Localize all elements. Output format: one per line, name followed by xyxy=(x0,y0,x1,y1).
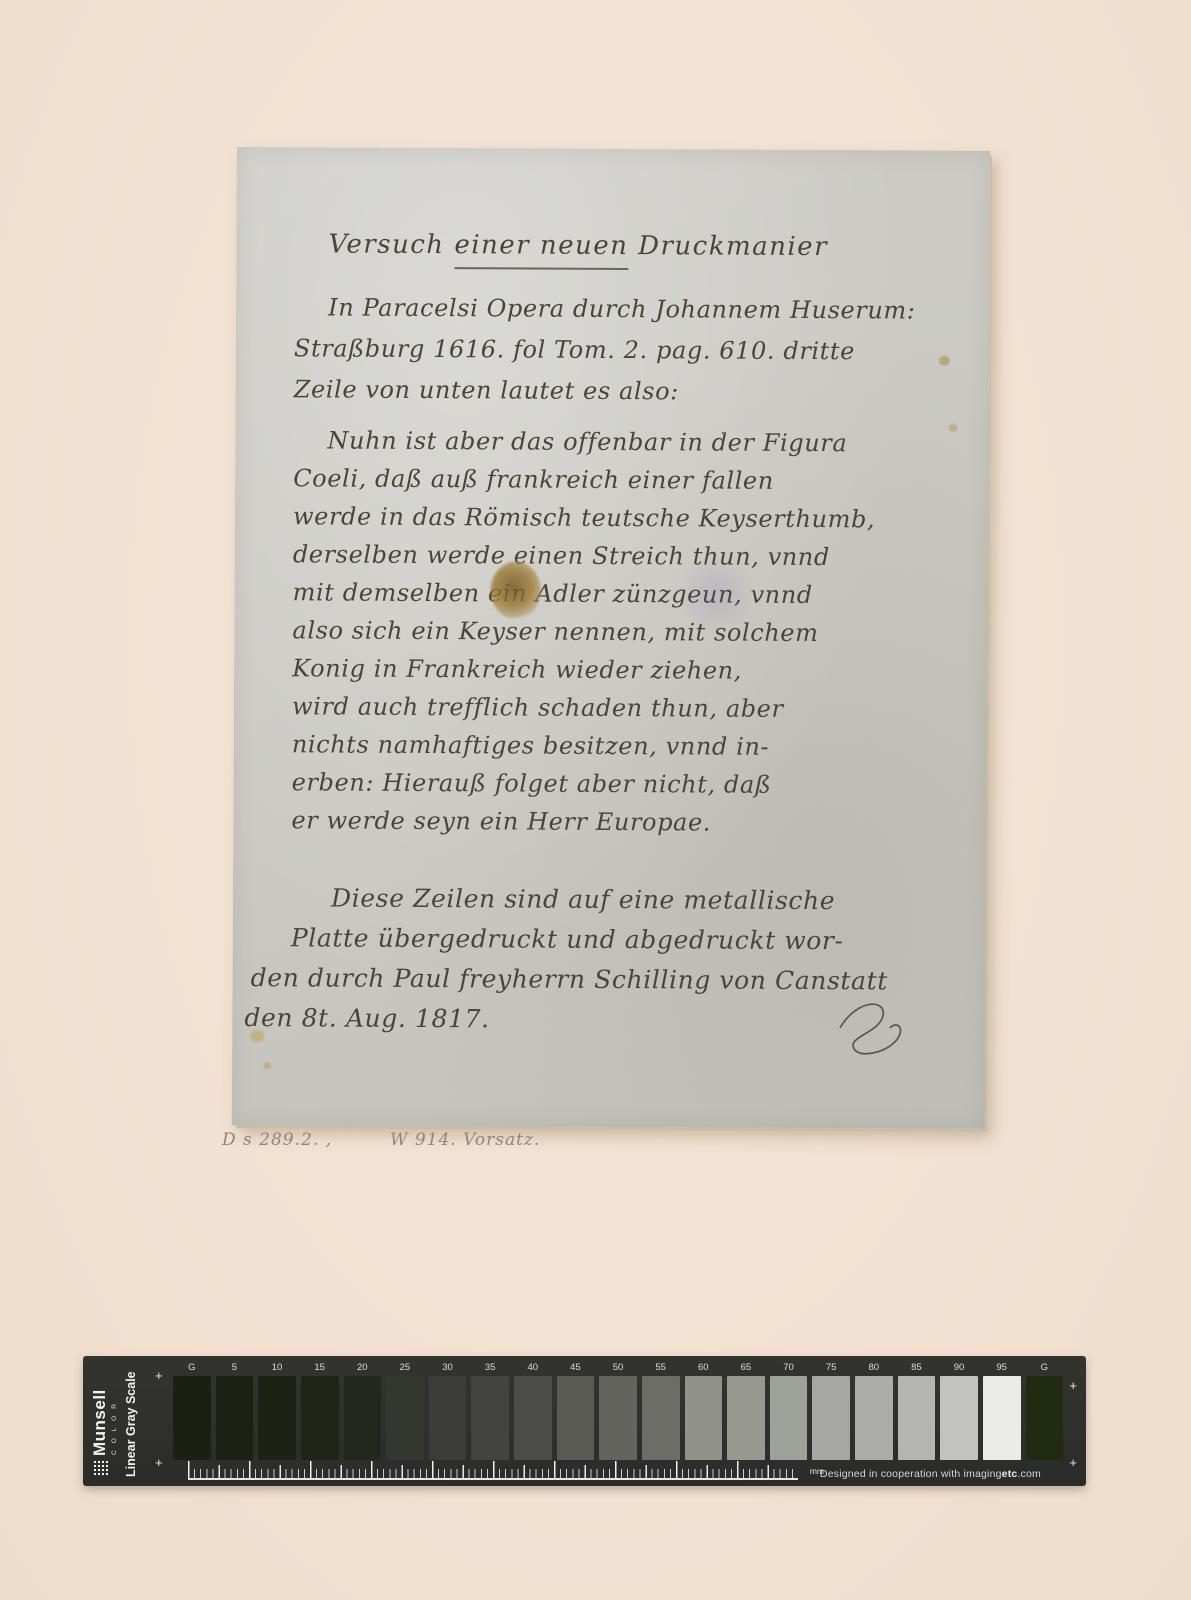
gray-patch-label: 95 xyxy=(983,1362,1021,1376)
gray-patch-swatch xyxy=(216,1376,254,1460)
manuscript-line: Platte übergedruckt und abgedruckt wor- xyxy=(291,918,986,962)
gray-patch: 10 xyxy=(258,1362,296,1460)
manuscript-line: Konig in Frankreich wieder ziehen, xyxy=(292,649,987,691)
gray-patch-label: 35 xyxy=(471,1362,509,1376)
gray-patch: 40 xyxy=(514,1362,552,1460)
gray-patch-swatch xyxy=(258,1376,296,1460)
gray-patch-swatch xyxy=(386,1376,424,1460)
shelfmark-right: W 914. Vorsatz. xyxy=(390,1130,540,1150)
attribution: Designed in cooperation with imagingetc.… xyxy=(820,1468,1041,1480)
gray-patch-swatch xyxy=(642,1376,680,1460)
manuscript-paragraph-quotation: Nuhn ist aber das offenbar in der Figura… xyxy=(233,421,988,843)
gray-patch-swatch xyxy=(770,1376,808,1460)
manuscript-line: werde in das Römisch teutsche Keyserthum… xyxy=(293,497,988,539)
title-text: Versuch xyxy=(328,229,454,260)
ruler: mm xyxy=(188,1460,798,1480)
manuscript-line: mit demselben ein Adler zünzgeun, vnnd xyxy=(293,573,988,615)
manuscript-title: Versuch einer neuen Druckmanier xyxy=(328,229,989,262)
manuscript-line: erben: Hierauß folget aber nicht, daß xyxy=(292,763,987,805)
gray-patch-label: 70 xyxy=(770,1362,808,1376)
gray-patch: 20 xyxy=(344,1362,382,1460)
manuscript-line: also sich ein Keyser nennen, mit solchem xyxy=(292,611,987,653)
gray-patch-swatch xyxy=(429,1376,467,1460)
manuscript-line: nichts namhaftiges besitzen, vnnd in- xyxy=(292,725,987,767)
munsell-brand-block: Munsell C O L O R Linear Gray Scale xyxy=(90,1365,144,1477)
gray-patch-swatch xyxy=(301,1376,339,1460)
gray-patch: 45 xyxy=(557,1362,595,1460)
gray-patch-row: G5101520253035404550556065707580859095G xyxy=(173,1362,1063,1460)
gray-patch-swatch xyxy=(855,1376,893,1460)
scale-name: Linear Gray Scale xyxy=(124,1365,138,1477)
gray-patch-swatch xyxy=(1026,1376,1064,1460)
manuscript-line: Coeli, daß auß frankreich einer fallen xyxy=(293,459,988,501)
gray-patch: 90 xyxy=(940,1362,978,1460)
gray-patch: 95 xyxy=(983,1362,1021,1460)
gray-patch-label: 30 xyxy=(429,1362,467,1376)
munsell-logo-icon xyxy=(92,1461,108,1477)
gray-patch-label: 90 xyxy=(940,1362,978,1376)
gray-patch: 80 xyxy=(855,1362,893,1460)
photograph-background: Versuch einer neuen Druckmanier In Parac… xyxy=(0,0,1191,1600)
gray-patch: 50 xyxy=(599,1362,637,1460)
gray-patch-swatch xyxy=(898,1376,936,1460)
brand-subtitle: C O L O R xyxy=(111,1365,118,1455)
gray-patch-label: 5 xyxy=(216,1362,254,1376)
gray-patch-swatch xyxy=(514,1376,552,1460)
gray-patch-label: 50 xyxy=(599,1362,637,1376)
brand-line: Munsell xyxy=(90,1365,110,1477)
gray-patch-swatch xyxy=(344,1376,382,1460)
manuscript-line: Diese Zeilen sind auf eine metallische xyxy=(331,879,986,922)
munsell-gray-scale-bar: Munsell C O L O R Linear Gray Scale + + … xyxy=(83,1356,1086,1486)
gray-patch-label: 75 xyxy=(812,1362,850,1376)
gray-patch-swatch xyxy=(557,1376,595,1460)
gray-patch-label: 20 xyxy=(344,1362,382,1376)
gray-patch-label: 60 xyxy=(685,1362,723,1376)
gray-patch-label: G xyxy=(1026,1362,1064,1376)
gray-patch: 15 xyxy=(301,1362,339,1460)
manuscript-line: er werde seyn ein Herr Europae. xyxy=(291,801,986,843)
manuscript-paragraph-reference: In Paracelsi Opera durch Johannem Huseru… xyxy=(236,287,990,414)
manuscript-line: In Paracelsi Opera durch Johannem Huseru… xyxy=(328,287,989,331)
registration-plus-icon: + xyxy=(155,1456,163,1469)
gray-patch-swatch xyxy=(471,1376,509,1460)
gray-patch-swatch xyxy=(940,1376,978,1460)
gray-patch: 30 xyxy=(429,1362,467,1460)
gray-patch: 60 xyxy=(685,1362,723,1460)
registration-plus-icon: + xyxy=(155,1369,163,1382)
gray-patch-swatch xyxy=(173,1376,211,1460)
gray-patch-label: 80 xyxy=(855,1362,893,1376)
manuscript-line: Straßburg 1616. fol Tom. 2. pag. 610. dr… xyxy=(294,328,989,373)
manuscript-line: Zeile von unten lautet es also: xyxy=(294,369,989,414)
gray-patch-label: 25 xyxy=(386,1362,424,1376)
gray-patch-swatch xyxy=(599,1376,637,1460)
gray-patch-label: 85 xyxy=(898,1362,936,1376)
gray-patch: G xyxy=(173,1362,211,1460)
registration-plus-icon: + xyxy=(1069,1456,1077,1469)
gray-patch-label: 40 xyxy=(514,1362,552,1376)
manuscript-line: Nuhn ist aber das offenbar in der Figura xyxy=(327,421,988,462)
gray-patch: G xyxy=(1026,1362,1064,1460)
gray-patch-label: 55 xyxy=(642,1362,680,1376)
manuscript-line: wird auch trefflich schaden thun, aber xyxy=(292,687,987,729)
attribution-text: Designed in cooperation with imaging xyxy=(820,1468,1002,1480)
signature-flourish xyxy=(830,993,925,1068)
gray-patch: 5 xyxy=(216,1362,254,1460)
gray-patch-label: 15 xyxy=(301,1362,339,1376)
gray-patch: 70 xyxy=(770,1362,808,1460)
gray-patch: 85 xyxy=(898,1362,936,1460)
gray-patch: 35 xyxy=(471,1362,509,1460)
manuscript-page: Versuch einer neuen Druckmanier In Parac… xyxy=(232,147,990,1129)
gray-patch-label: G xyxy=(173,1362,211,1376)
gray-patch-swatch xyxy=(685,1376,723,1460)
shelfmark-left: D s 289.2. , xyxy=(222,1130,332,1150)
ruler-major-ticks xyxy=(188,1461,798,1478)
gray-patch-swatch xyxy=(812,1376,850,1460)
gray-patch-swatch xyxy=(727,1376,765,1460)
gray-patch-label: 10 xyxy=(258,1362,296,1376)
foxing-spot xyxy=(263,1062,271,1069)
attribution-brand: etc xyxy=(1002,1468,1018,1480)
brand-name: Munsell xyxy=(90,1389,110,1456)
gray-patch-swatch xyxy=(983,1376,1021,1460)
gray-patch-label: 65 xyxy=(727,1362,765,1376)
gray-patch: 65 xyxy=(727,1362,765,1460)
gray-patch: 25 xyxy=(386,1362,424,1460)
manuscript-line: derselben werde einen Streich thun, vnnd xyxy=(293,535,988,577)
registration-plus-icon: + xyxy=(1069,1379,1077,1392)
title-text: Druckmanier xyxy=(628,231,828,262)
gray-patch-label: 45 xyxy=(557,1362,595,1376)
title-underlined-text: einer neuen xyxy=(454,230,628,270)
gray-patch: 55 xyxy=(642,1362,680,1460)
gray-patch: 75 xyxy=(812,1362,850,1460)
attribution-text: .com xyxy=(1017,1468,1041,1480)
shelfmark-annotation: D s 289.2. , W 914. Vorsatz. xyxy=(222,1130,540,1150)
